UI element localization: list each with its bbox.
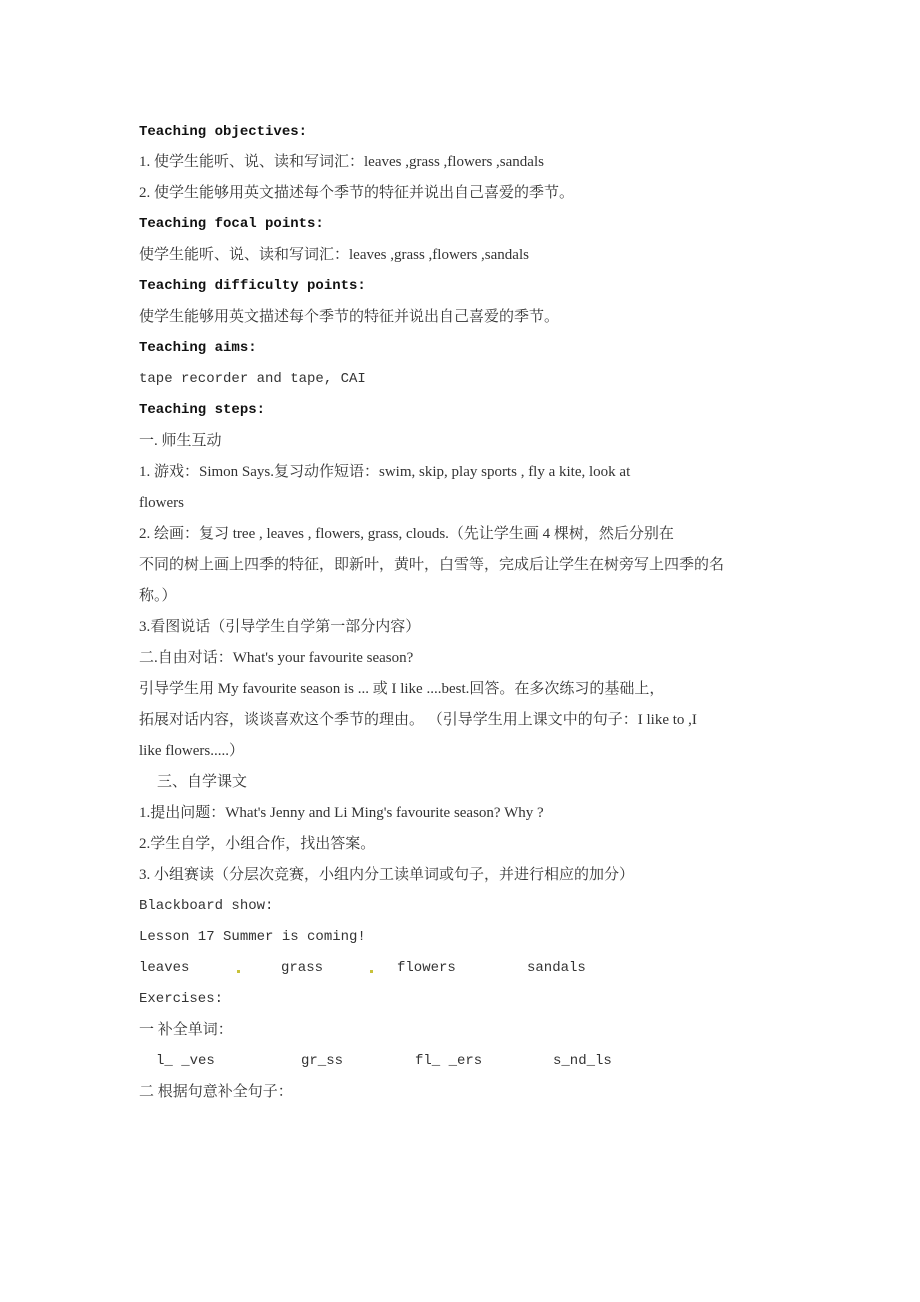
exercises-heading: Exercises: <box>139 989 223 1009</box>
mark <box>237 970 240 973</box>
word-grass: grass <box>281 958 323 978</box>
part3-title: 三、自学课文 <box>157 772 247 792</box>
aims-heading: Teaching aims: <box>139 338 257 358</box>
part2-title: 二.自由对话：What's your favourite season? <box>139 648 413 668</box>
part1-item1-line2: flowers <box>139 493 184 513</box>
part2-line3: like flowers.....） <box>139 741 244 761</box>
part1-item2-line1: 2. 绘画：复习 tree , leaves , flowers, grass,… <box>139 524 674 544</box>
word-sandals: sandals <box>527 958 586 978</box>
steps-heading: Teaching steps: <box>139 400 265 420</box>
focal-text: 使学生能听、说、读和写词汇：leaves ,grass ,flowers ,sa… <box>139 245 529 265</box>
blank-words: l_ _ves gr_ss fl_ _ers s_nd_ls <box>139 1051 799 1071</box>
word-flowers: flowers <box>397 958 456 978</box>
part3-item2: 2.学生自学，小组合作，找出答案。 <box>139 834 375 854</box>
blackboard-lesson: Lesson 17 Summer is coming! <box>139 927 366 947</box>
exercise-part1-title: 一 补全单词： <box>139 1020 233 1040</box>
part1-item2-line2: 不同的树上画上四季的特征，即新叶，黄叶，白雪等，完成后让学生在树旁写上四季的名 <box>139 555 724 575</box>
focal-heading: Teaching focal points: <box>139 214 324 234</box>
mark <box>370 970 373 973</box>
part1-title: 一. 师生互动 <box>139 431 222 451</box>
aims-text: tape recorder and tape, CAI <box>139 369 366 389</box>
blank-word-4: s_nd_ls <box>553 1051 612 1071</box>
blank-word-1: l_ _ves <box>156 1051 215 1071</box>
difficulty-text: 使学生能够用英文描述每个季节的特征并说出自己喜爱的季节。 <box>139 307 559 327</box>
part1-item1-line1: 1. 游戏：Simon Says.复习动作短语：swim, skip, play… <box>139 462 630 482</box>
blank-word-3: fl_ _ers <box>415 1051 482 1071</box>
part1-item3: 3.看图说话（引导学生自学第一部分内容） <box>139 617 420 637</box>
blackboard-heading: Blackboard show: <box>139 896 273 916</box>
blackboard-words: leaves grass flowers sandals <box>139 958 799 978</box>
objectives-heading: Teaching objectives: <box>139 122 307 142</box>
part1-item2-line3: 称。） <box>139 586 177 606</box>
exercise-part2-title: 二 根据句意补全句子： <box>139 1082 293 1102</box>
objective-1: 1. 使学生能听、说、读和写词汇：leaves ,grass ,flowers … <box>139 152 544 172</box>
blank-word-2: gr_ss <box>301 1051 343 1071</box>
word-leaves: leaves <box>139 958 189 978</box>
difficulty-heading: Teaching difficulty points: <box>139 276 366 296</box>
part2-line1: 引导学生用 My favourite season is ... 或 I lik… <box>139 679 664 699</box>
part2-line2: 拓展对话内容，谈谈喜欢这个季节的理由。 （引导学生用上课文中的句子：I like… <box>139 710 697 730</box>
objective-2: 2. 使学生能够用英文描述每个季节的特征并说出自己喜爱的季节。 <box>139 183 574 203</box>
part3-item1: 1.提出问题：What's Jenny and Li Ming's favour… <box>139 803 544 823</box>
part3-item3: 3. 小组赛读（分层次竞赛，小组内分工读单词或句子，并进行相应的加分） <box>139 865 634 885</box>
